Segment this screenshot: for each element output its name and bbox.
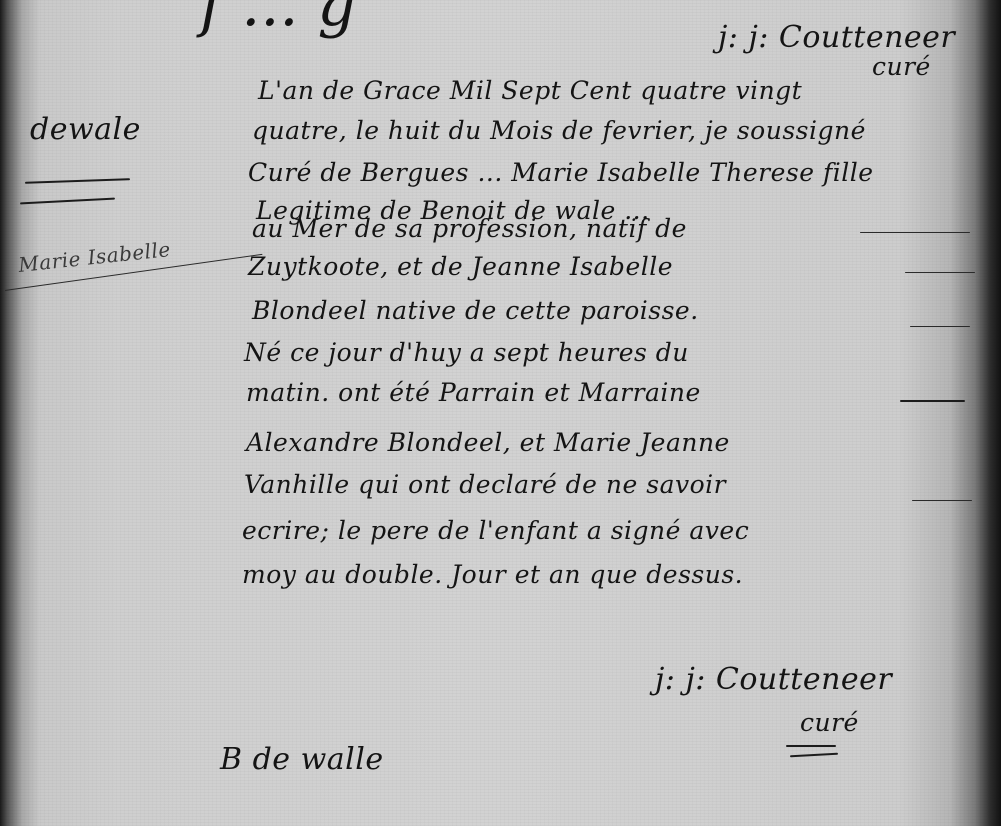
body-line: L'an de Grace Mil Sept Cent quatre vingt	[258, 76, 802, 105]
line-filler	[900, 400, 965, 402]
line-filler	[905, 272, 975, 273]
footer-signature-title: curé	[800, 708, 859, 737]
margin-underline-2	[20, 198, 115, 205]
margin-given-name: Marie Isabelle	[17, 237, 172, 277]
margin-underline-1	[25, 178, 130, 184]
body-line: moy au double. Jour et an que dessus.	[242, 560, 743, 589]
father-signature: B de walle	[220, 742, 384, 777]
body-line: au Mer de sa profession, natif de	[252, 214, 687, 243]
footer-signature-name: j: j: Coutteneer	[655, 662, 892, 697]
line-filler	[910, 326, 970, 327]
footer-underline-2	[790, 753, 838, 758]
body-line: matin. ont été Parrain et Marraine	[246, 378, 701, 407]
margin-surname: dewale	[30, 112, 141, 147]
body-line: quatre, le huit du Mois de fevrier, je s…	[252, 116, 866, 145]
body-line: Vanhille qui ont declaré de ne savoir	[244, 470, 726, 499]
body-line: Alexandre Blondeel, et Marie Jeanne	[246, 428, 730, 457]
body-line: Blondeel native de cette paroisse.	[252, 296, 699, 325]
line-filler	[860, 232, 970, 233]
header-signature-title: curé	[872, 52, 931, 81]
scanned-register-page: f ... g j: j: Coutteneer curé dewale Mar…	[0, 0, 1001, 826]
header-signature-name: j: j: Coutteneer	[718, 20, 955, 55]
body-line: Zuytkoote, et de Jeanne Isabelle	[248, 252, 673, 281]
line-filler	[912, 500, 972, 501]
body-line: Curé de Bergues ... Marie Isabelle There…	[248, 158, 874, 187]
top-fragment: f ... g	[200, 0, 356, 40]
footer-underline-1	[786, 745, 836, 747]
body-line: ecrire; le pere de l'enfant a signé avec	[242, 516, 749, 545]
body-line: Né ce jour d'huy a sept heures du	[244, 338, 689, 367]
